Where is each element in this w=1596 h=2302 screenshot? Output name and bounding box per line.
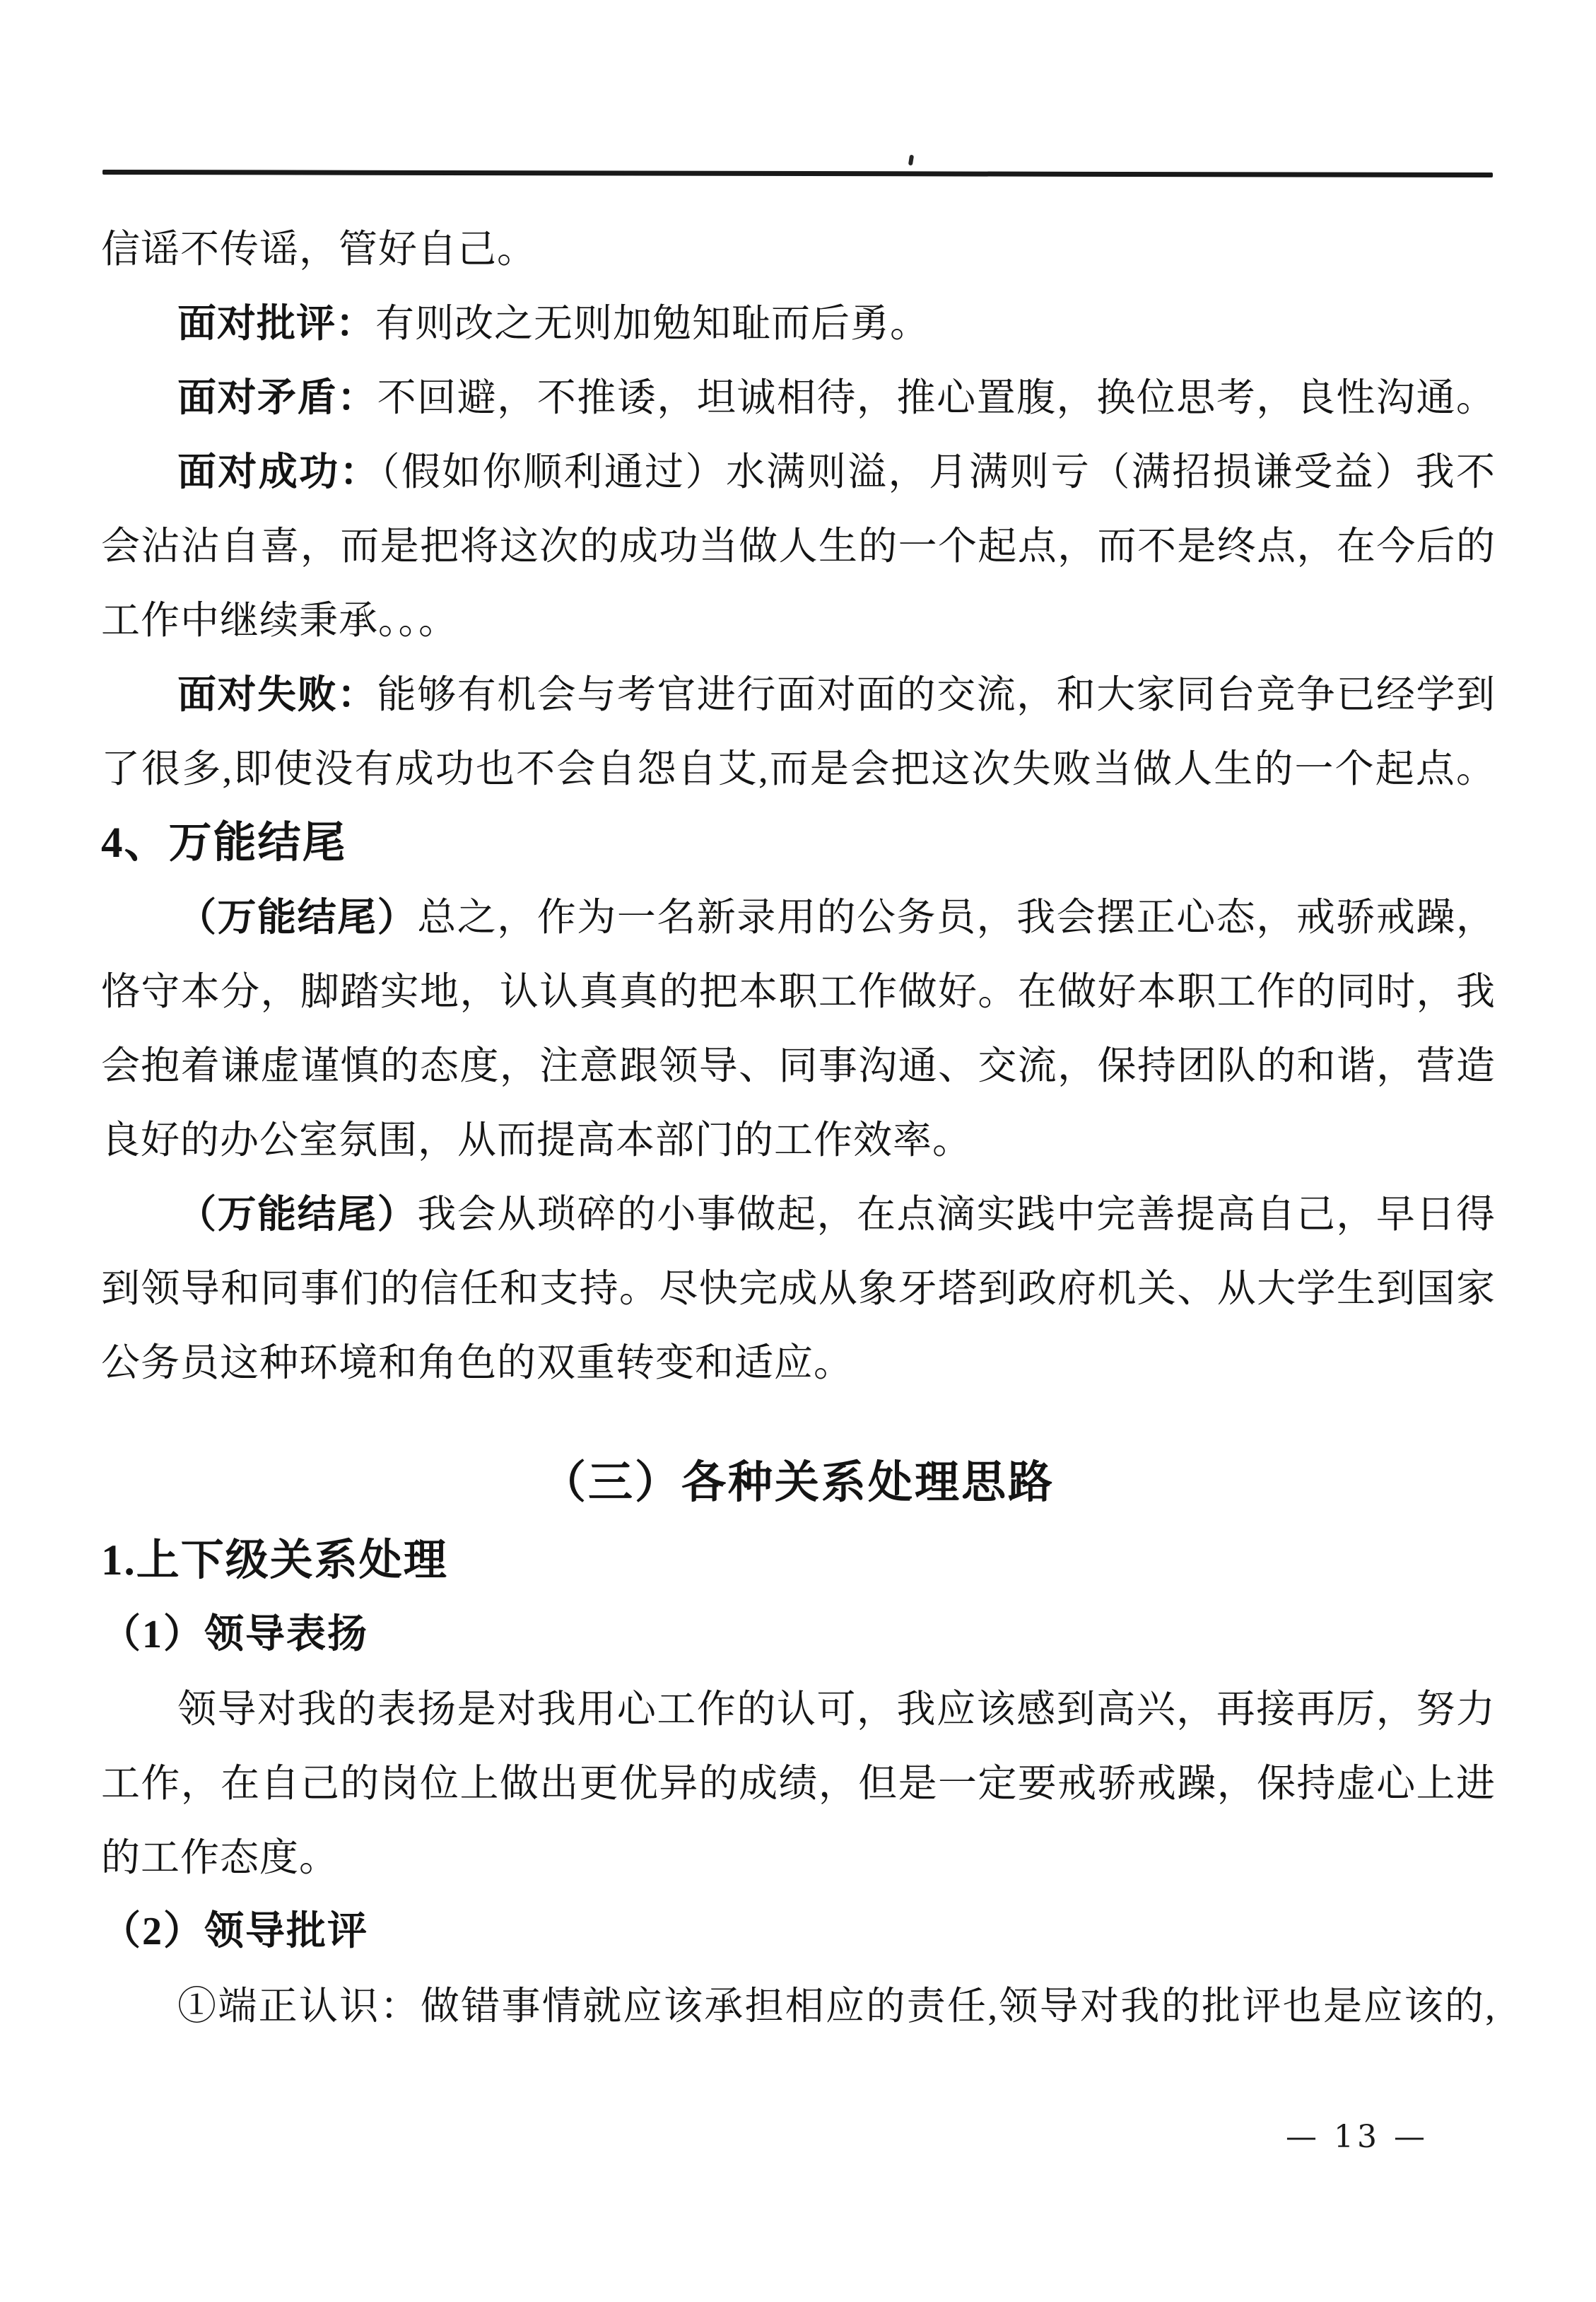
bold-text-run: （1）领导表扬 [101,1613,368,1657]
bold-text-run: （三）各种关系处理思路 [541,1458,1055,1507]
body-line: 工作中继续秉承。。。 [101,583,1495,658]
text-run: 我会从琐碎的小事做起，在点滴实践中完善提高自己，早日得 [417,1193,1495,1236]
text-run: 到领导和同事们的信任和支持。尽快完成从象牙塔到政府机关、从大学生到国家 [101,1267,1495,1310]
body-line: 领导对我的表扬是对我用心工作的认可，我应该感到高兴，再接再厉，努力 [101,1672,1495,1746]
text-run: 领导对我的表扬是对我用心工作的认可，我应该感到高兴，再接再厉，努力 [177,1688,1495,1731]
body-line: ①端正认识：做错事情就应该承担相应的责任,领导对我的批评也是应该的, [101,1969,1495,2043]
page-number: — 13 — [1265,2116,1449,2158]
item-heading: （2）领导批评 [101,1895,1495,1969]
body-line: （万能结尾）总之，作为一名新录用的公务员，我会摆正心态，戒骄戒躁， [101,880,1495,954]
subsection-heading: 4、万能结尾 [101,806,1495,880]
text-run: 工作中继续秉承。。。 [101,599,458,642]
text-run: 的工作态度。 [101,1836,339,1879]
subsection-heading: 1.上下级关系处理 [101,1524,1495,1598]
body-line: 信谣不传谣，管好自己。 [101,212,1495,286]
bold-text-run: 面对失败： [177,673,377,716]
body-line: 到领导和同事们的信任和支持。尽快完成从象牙塔到政府机关、从大学生到国家 [101,1251,1495,1326]
text-run: 会沾沾自喜，而是把将这次的成功当做人生的一个起点，而不是终点，在今后的 [101,525,1495,568]
body-line: 面对批评：有则改之无则加勉知耻而后勇。 [101,286,1495,361]
item-heading: （1）领导表扬 [101,1598,1495,1672]
text-run: 会抱着谦虚谨慎的态度，注意跟领导、同事沟通、交流，保持团队的和谐，营造 [101,1044,1495,1087]
text-run: 不回避，不推诿，坦诚相待，推心置腹，换位思考，良性沟通。 [377,376,1495,419]
text-run: 有则改之无则加勉知耻而后勇。 [375,302,929,345]
text-content: 信谣不传谣，管好自己。面对批评：有则改之无则加勉知耻而后勇。面对矛盾：不回避，不… [101,212,1495,2043]
bold-text-run: （2）领导批评 [101,1910,368,1953]
bold-text-run: 面对成功： [177,450,380,493]
body-line: 面对成功：（假如你顺利通过）水满则溢，月满则亏（满招损谦受益）我不 [101,435,1495,509]
text-run: 能够有机会与考官进行面对面的交流，和大家同台竞争已经学到 [377,673,1495,716]
ink-speck-mark [908,155,914,166]
text-run: （假如你顺利通过）水满则溢，月满则亏（满招损谦受益）我不 [380,450,1495,493]
text-run: ①端正认识：做错事情就应该承担相应的责任,领导对我的批评也是应该的, [177,1985,1495,2028]
body-line: 工作，在自己的岗位上做出更优异的成绩，但是一定要戒骄戒躁，保持虚心上进 [101,1746,1495,1821]
bold-text-run: （万能结尾） [177,1193,417,1236]
body-line: 了很多,即使没有成功也不会自怨自艾,而是会把这次失败当做人生的一个起点。 [101,732,1495,806]
body-line: 良好的办公室氛围，从而提高本部门的工作效率。 [101,1103,1495,1177]
bold-text-run: 4、万能结尾 [101,819,347,867]
body-line: 公务员这种环境和角色的双重转变和适应。 [101,1326,1495,1400]
body-line: （万能结尾）我会从琐碎的小事做起，在点滴实践中完善提高自己，早日得 [101,1177,1495,1251]
text-run: 信谣不传谣，管好自己。 [101,228,536,271]
text-run: 公务员这种环境和角色的双重转变和适应。 [101,1341,853,1384]
body-line: 面对矛盾：不回避，不推诿，坦诚相待，推心置腹，换位思考，良性沟通。 [101,361,1495,435]
bold-text-run: 1.上下级关系处理 [101,1537,448,1584]
bold-text-run: 面对矛盾： [177,376,377,419]
body-line: 面对失败：能够有机会与考官进行面对面的交流，和大家同台竞争已经学到 [101,658,1495,732]
bold-text-run: 面对批评： [177,302,375,345]
body-line: 的工作态度。 [101,1821,1495,1895]
text-run: 了很多,即使没有成功也不会自怨自艾,而是会把这次失败当做人生的一个起点。 [101,747,1495,790]
text-run: 良好的办公室氛围，从而提高本部门的工作效率。 [101,1118,972,1162]
body-line: 会沾沾自喜，而是把将这次的成功当做人生的一个起点，而不是终点，在今后的 [101,509,1495,583]
bold-text-run: （万能结尾） [177,896,417,939]
document-page: 信谣不传谣，管好自己。面对批评：有则改之无则加勉知耻而后勇。面对矛盾：不回避，不… [0,0,1596,2302]
text-run: 总之，作为一名新录用的公务员，我会摆正心态，戒骄戒躁， [417,896,1495,939]
text-run: 工作，在自己的岗位上做出更优异的成绩，但是一定要戒骄戒躁，保持虚心上进 [101,1762,1495,1805]
body-line: 恪守本分，脚踏实地，认认真真的把本职工作做好。在做好本职工作的同时，我 [101,954,1495,1029]
body-line: 会抱着谦虚谨慎的态度，注意跟领导、同事沟通、交流，保持团队的和谐，营造 [101,1029,1495,1103]
text-run: 恪守本分，脚踏实地，认认真真的把本职工作做好。在做好本职工作的同时，我 [101,970,1495,1013]
header-rule [102,170,1493,177]
section-heading: （三）各种关系处理思路 [101,1442,1495,1524]
